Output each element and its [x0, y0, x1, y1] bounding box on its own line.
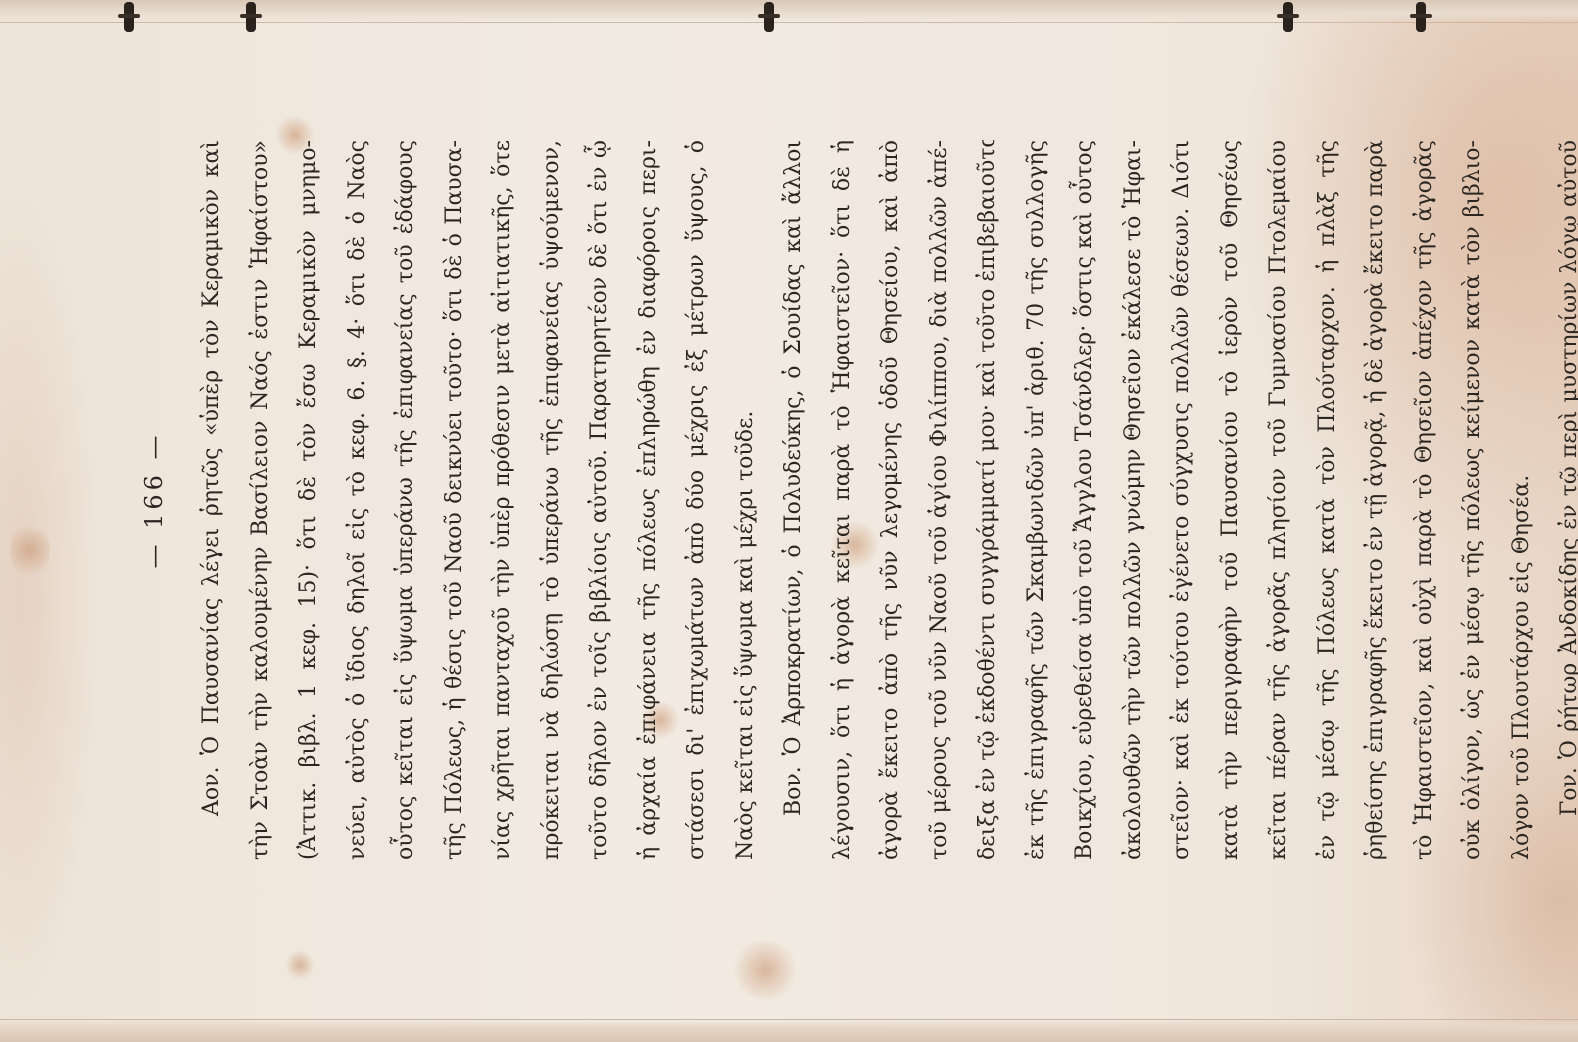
paragraph-1-line: νεύει, αὐτὸς ὁ ἴδιος δηλοῖ εἰς τὸ κεφ. 6…: [334, 140, 383, 860]
text-body: Αον. Ὁ Παυσανίας λέγει ῥητῶς «ὑπὲρ τὸν Κ…: [188, 140, 1578, 860]
binding-stitch-icon: [764, 2, 774, 32]
binding-stitch-icon: [1416, 2, 1426, 32]
binding-stitch-icon: [1283, 2, 1293, 32]
paragraph-2-line: κατὰ τὴν περιγραφὴν τοῦ Παυσανίου τὸ ἱερ…: [1207, 140, 1256, 860]
paragraph-2-line: τὸ Ἡφαιστεῖον, καὶ οὐχὶ παρὰ τὸ Θησεῖον …: [1401, 140, 1450, 860]
paragraph-1-line: τοῦτο δῆλον ἐν τοῖς βιβλίοις αὐτοῦ. Παρα…: [576, 140, 625, 860]
paragraph-2-line: ἀκολουθῶν τὴν τῶν πολλῶν γνώμην Θησεῖον …: [1110, 140, 1159, 860]
paragraph-1-line: πρόκειται νὰ δηλώσῃ τὸ ὑπεράνω τῆς ἐπιφα…: [528, 140, 577, 860]
paragraph-1-line: τῆς Πόλεως, ἡ θέσις τοῦ Ναοῦ δεικνύει το…: [431, 140, 480, 860]
paragraph-2-line: ἐκ τῆς ἐπιγραφῆς τῶν Σκαμβωνιδῶν ὑπ' ἀρι…: [1013, 140, 1062, 860]
book-spine-edge: [0, 0, 1578, 23]
page-bottom-edge: [0, 1019, 1578, 1042]
paragraph-2-line: ἐν τῷ μέσῳ τῆς Πόλεως κατὰ τὸν Πλούταρχο…: [1304, 140, 1353, 860]
binding-stitch-icon: [246, 2, 256, 32]
paragraph-2-line: ἀγορὰ ἔκειτο ἀπὸ τῆς νῦν λεγομένης ὁδοῦ …: [867, 140, 916, 860]
paragraph-1-line: νίας χρῆται πανταχοῦ τὴν ὑπὲρ πρόθεσιν μ…: [479, 140, 528, 860]
paragraph-1-line: οὗτος κεῖται εἰς ὕψωμα ὑπεράνω τῆς ἐπιφα…: [382, 140, 431, 860]
paragraph-2-line: δειξα ἐν τῷ ἐκδοθέντι συγγράμματί μου· κ…: [964, 140, 1013, 860]
paragraph-1-line: Ναὸς κεῖται εἰς ὕψωμα καὶ μέχρι τοῦδε.: [722, 140, 771, 860]
paragraph-2-line: τοῦ μέρους τοῦ νῦν Ναοῦ τοῦ ἁγίου Φιλίππ…: [916, 140, 965, 860]
paragraph-1-line: τὴν Στοὰν τὴν καλουμένην Βασίλειον Ναός …: [237, 140, 286, 860]
foxing-stain: [730, 940, 800, 1000]
page-number: — 166 —: [140, 140, 168, 860]
paragraph-3-line: Γον. Ὁ ῥήτωρ Ἀνδοκίδης ἐν τῷ περὶ μυστηρ…: [1546, 140, 1578, 860]
rotated-book-page: — 166 — Αον. Ὁ Παυσανίας λέγει ῥητῶς «ὑπ…: [140, 140, 1460, 860]
paragraph-2-line: λέγουσιν, ὅτι ἡ ἀγορὰ κεῖται παρὰ τὸ Ἡφα…: [819, 140, 868, 860]
paragraph-2-line: λόγον τοῦ Πλουτάρχου εἰς Θησέα.: [1498, 140, 1547, 860]
paragraph-1-line: στάσεσι δι' ἐπιχωμάτων ἀπὸ δύο μέχρις ἐξ…: [673, 140, 722, 860]
paragraph-2-line: Βοικχίου, εὑρεθείσα ὑπὸ τοῦ Ἄγγλου Τσάνδ…: [1061, 140, 1110, 860]
paragraph-1-line: Αον. Ὁ Παυσανίας λέγει ῥητῶς «ὑπὲρ τὸν Κ…: [188, 140, 237, 860]
paragraph-2-line: οὐκ ὀλίγον, ὡς ἐν μέσῳ τῆς πόλεως κείμεν…: [1449, 140, 1498, 860]
paragraph-1-line: ἡ ἀρχαία ἐπιφάνεια τῆς πόλεως ἐπληρώθη ἐ…: [625, 140, 674, 860]
paragraph-2-line: ῥηθείσης ἐπιγραφῆς ἔκειτο ἐν τῇ ἀγορᾷ, ἡ…: [1352, 140, 1401, 860]
paragraph-2-line: Βον. Ὁ Ἀρποκρατίων, ὁ Πολυδεύκης, ὁ Σουί…: [770, 140, 819, 860]
foxing-stain: [10, 520, 50, 580]
binding-stitch-icon: [124, 2, 134, 32]
paragraph-2-line: κεῖται πέραν τῆς ἀγορᾶς πλησίον τοῦ Γυμν…: [1255, 140, 1304, 860]
foxing-stain: [285, 950, 315, 980]
paragraph-1-line: (Ἀττικ. βιβλ. 1 κεφ. 15)· ὅτι δὲ τὸν ἔσω…: [285, 140, 334, 860]
paragraph-2-line: στεῖον· καὶ ἐκ τούτου ἐγένετο σύγχυσις π…: [1158, 140, 1207, 860]
